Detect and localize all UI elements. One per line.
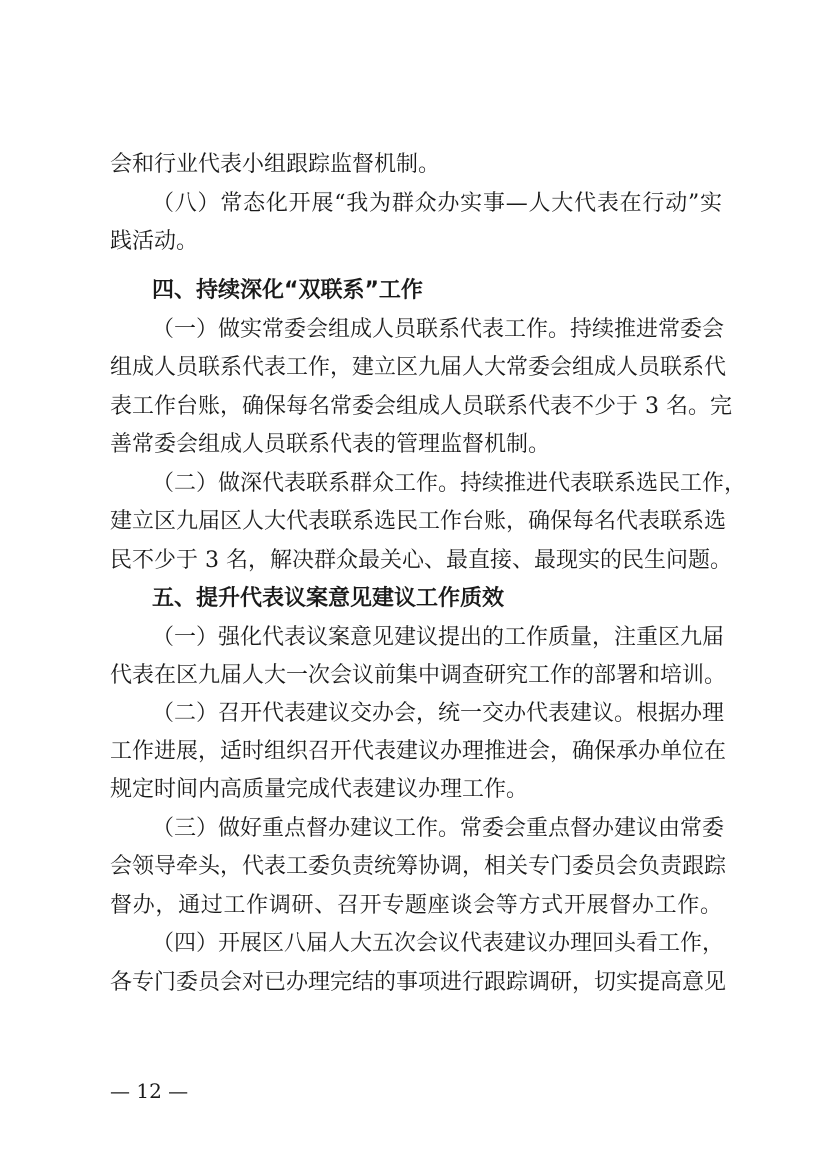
text-line: （二）做深代表联系群众工作。持续推进代表联系选民工作， xyxy=(152,470,722,498)
text-line: 各专门委员会对已办理完结的事项进行跟踪调研，切实提高意见 xyxy=(110,969,722,997)
text-line: （八）常态化开展“我为群众办实事—人大代表在行动”实 xyxy=(152,190,722,218)
text-line: （三）做好重点督办建议工作。常委会重点督办建议由常委 xyxy=(152,815,722,843)
text-line: 善常委会组成人员联系代表的管理监督机制。 xyxy=(110,431,722,459)
text-line: 践活动。 xyxy=(110,228,722,256)
section-heading: 四、持续深化“双联系”工作 xyxy=(152,277,722,305)
section-heading: 五、提升代表议案意见建议工作质效 xyxy=(152,585,722,613)
text-line: 代表在区九届人大一次会议前集中调查研究工作的部署和培训。 xyxy=(110,662,722,690)
text-line: 规定时间内高质量完成代表建议办理工作。 xyxy=(110,776,722,804)
text-line: （一）强化代表议案意见建议提出的工作质量，注重区九届 xyxy=(152,624,722,652)
text-line: （四）开展区八届人大五次会议代表建议办理回头看工作， xyxy=(152,930,722,958)
page-number: — 12 — xyxy=(110,1078,188,1104)
text-line: 督办，通过工作调研、召开专题座谈会等方式开展督办工作。 xyxy=(110,892,722,920)
text-line: 建立区九届区人大代表联系选民工作台账，确保每名代表联系选 xyxy=(110,508,722,536)
text-line: 表工作台账，确保每名常委会组成人员联系代表不少于 3 名。完 xyxy=(110,393,722,421)
text-line: 民不少于 3 名，解决群众最关心、最直接、最现实的民生问题。 xyxy=(110,547,722,575)
text-line: 会领导牵头，代表工委负责统筹协调，相关专门委员会负责跟踪 xyxy=(110,853,722,881)
text-line: （一）做实常委会组成人员联系代表工作。持续推进常委会 xyxy=(152,316,722,344)
text-line: 会和行业代表小组跟踪监督机制。 xyxy=(110,151,722,179)
text-line: 组成人员联系代表工作，建立区九届人大常委会组成人员联系代 xyxy=(110,354,722,382)
text-line: 工作进展，适时组织召开代表建议办理推进会，确保承办单位在 xyxy=(110,738,722,766)
text-line: （二）召开代表建议交办会，统一交办代表建议。根据办理 xyxy=(152,700,722,728)
